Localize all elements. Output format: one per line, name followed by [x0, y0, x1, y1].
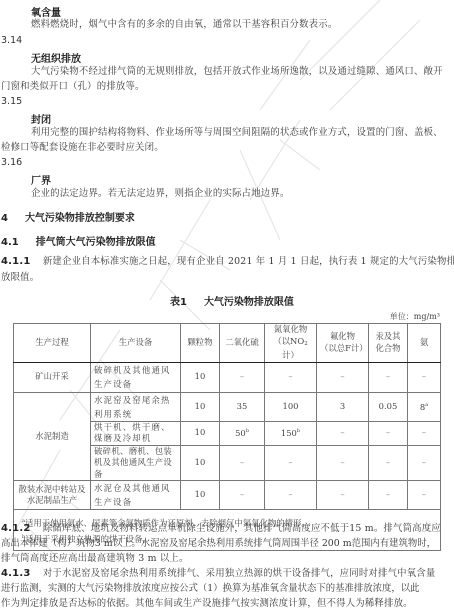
cell-equipment: 破碎机、磨机、包装机及其他通风生产设备: [91, 445, 181, 481]
cell-mercury: –: [369, 481, 408, 510]
cell-so2: –: [220, 362, 265, 392]
header-mercury-line2: 化合物: [372, 343, 404, 355]
cell-fluoride: 3: [317, 392, 369, 421]
clause-text: 除储库底、地坑及物料转运点单机除尘设施外，其他排气筒高度应不低于15 m。排气筒…: [43, 523, 441, 534]
clause-4-1-1-line1: 4.1.1 新建企业自本标准实施之日起，现有企业自 2021 年 1 月 1 日…: [1, 254, 454, 269]
cell-nox: –: [265, 362, 317, 392]
table-row: 矿山开采 破碎机及其他通风生产设备 10 – – – – –: [14, 362, 441, 392]
clause-4-1-1-line2: 放限值。: [1, 270, 39, 285]
cell-particulate: 10: [181, 445, 220, 481]
cell-mercury: –: [369, 445, 408, 481]
cell-ammonia: –: [408, 362, 441, 392]
emission-limits-table: 生产过程 生产设备 颗粒物 二氧化硫 氮氧化物 （以NO2计） 氟化物 （以总F…: [13, 323, 441, 551]
cell-nox: –: [265, 481, 317, 510]
header-equipment: 生产设备: [91, 324, 181, 363]
section-number-3-14: 3.14: [1, 35, 22, 46]
table-header-row: 生产过程 生产设备 颗粒物 二氧化硫 氮氧化物 （以NO2计） 氟化物 （以总F…: [14, 324, 441, 363]
clause-4-1-3-line1: 4.1.3 对于水泥窑及窑尾余热利用系统排气、采用独立热源的烘干设备排气，应同时…: [1, 566, 435, 581]
section-title: 排气筒大气污染物排放限值: [36, 237, 156, 248]
header-fluoride: 氟化物 （以总F计）: [317, 324, 369, 363]
cell-ammonia: –: [408, 445, 441, 481]
cell-fluoride: –: [317, 362, 369, 392]
nox-value: 150: [281, 428, 297, 438]
definition-fugitive-emission-line2: 门窗和类似开口（孔）的排放等。: [1, 79, 145, 94]
nox-pre: （以NO: [273, 336, 304, 346]
clause-4-1-2-line2: 高出本体建（构）筑物3 m以上。水泥窑及窑尾余热利用系统排气筒周围半径 200 …: [1, 536, 436, 551]
chapter-number: 4: [1, 213, 8, 224]
cell-so2: –: [220, 481, 265, 510]
cell-ammonia: 8a: [408, 392, 441, 421]
header-so2: 二氧化硫: [220, 324, 265, 363]
nox-sub: 2: [304, 341, 308, 347]
cell-mercury: –: [369, 421, 408, 445]
section-heading-4-1: 4.1 排气筒大气污染物排放限值: [1, 233, 156, 248]
header-fluoride-line2: （以总F计）: [320, 343, 365, 355]
clause-4-1-2-line1: 4.1.2 除储库底、地坑及物料转运点单机除尘设施外，其他排气筒高度应不低于15…: [1, 521, 441, 536]
cell-process: 散装水泥中转站及水泥制品生产: [14, 481, 91, 510]
nox-post: 计）: [282, 350, 299, 360]
header-fluoride-line1: 氟化物: [320, 331, 365, 343]
table-unit: 单位：mg/m³: [390, 311, 440, 322]
cell-so2: 35: [220, 392, 265, 421]
section-number-3-16: 3.16: [1, 157, 22, 168]
header-particulate: 颗粒物: [181, 324, 220, 363]
cell-so2: –: [220, 445, 265, 481]
footnote-mark: b: [246, 428, 249, 434]
footnote-mark: b: [297, 428, 300, 434]
cell-process: 水泥制造: [14, 392, 91, 481]
definition-fugitive-emission-line1: 大气污染物不经过排气筒的无规则排放，包括开放式作业场所逸散，以及通过缝隙、通风口…: [31, 64, 443, 79]
cell-mercury: –: [369, 362, 408, 392]
clause-text: 对于水泥窑及窑尾余热利用系统排气、采用独立热源的烘干设备排气，应同时对排气中氧含…: [43, 568, 436, 579]
clause-number: 4.1.3: [1, 568, 30, 579]
cell-ammonia: –: [408, 421, 441, 445]
table-caption-title: 大气污染物排放限值: [204, 297, 294, 308]
header-ammonia: 氨: [408, 324, 441, 363]
section-number-3-15: 3.15: [1, 96, 22, 107]
cell-particulate: 10: [181, 392, 220, 421]
header-nox: 氮氧化物 （以NO2计）: [265, 324, 317, 363]
cell-equipment: 烘干机、烘干磨、煤磨及冷却机: [91, 421, 181, 445]
cell-mercury: 0.05: [369, 392, 408, 421]
header-nox-line2: （以NO2计）: [268, 336, 313, 362]
clause-text: 新建企业自本标准实施之日起，现有企业自 2021 年 1 月 1 日起，执行表 …: [43, 256, 454, 267]
term-factory-boundary: 厂界: [31, 172, 51, 187]
clause-number: 4.1.1: [1, 256, 30, 267]
cell-so2: 50b: [220, 421, 265, 445]
cell-particulate: 10: [181, 481, 220, 510]
table-caption: 表1 大气污染物排放限值: [170, 293, 294, 308]
cell-process: 矿山开采: [14, 362, 91, 392]
table-row: 水泥制造 水泥窑及窑尾余热利用系统 10 35 100 3 0.05 8a: [14, 392, 441, 421]
chapter-title: 大气污染物排放控制要求: [25, 213, 135, 224]
term-enclosure: 封闭: [31, 111, 51, 126]
cell-particulate: 10: [181, 421, 220, 445]
header-mercury-line1: 汞及其: [372, 331, 404, 343]
header-process: 生产过程: [14, 324, 91, 363]
cell-ammonia: –: [408, 481, 441, 510]
header-mercury: 汞及其 化合物: [369, 324, 408, 363]
clause-number: 4.1.2: [1, 523, 30, 534]
definition-enclosure-line2: 检修口等配套设施在非必要时应关闭。: [1, 140, 164, 155]
chapter-heading: 4 大气污染物排放控制要求: [1, 209, 135, 224]
term-fugitive-emission: 无组织排放: [31, 50, 81, 65]
clause-4-1-3-line2: 进行监测，实测的大气污染物排放浓度应按公式（1）换算为基准氧含量状态下的基准排放…: [1, 581, 419, 596]
cell-fluoride: –: [317, 445, 369, 481]
cell-nox: 100: [265, 392, 317, 421]
cell-equipment: 水泥窑及窑尾余热利用系统: [91, 392, 181, 421]
cell-nox: 150b: [265, 421, 317, 445]
cell-equipment: 水泥仓及其他通风生产设备: [91, 481, 181, 510]
cell-particulate: 10: [181, 362, 220, 392]
table-row: 散装水泥中转站及水泥制品生产 水泥仓及其他通风生产设备 10 – – – – –: [14, 481, 441, 510]
so2-value: 50: [235, 428, 246, 438]
cell-fluoride: –: [317, 481, 369, 510]
header-nox-line1: 氮氧化物: [268, 324, 313, 336]
definition-oxygen-content: 燃料燃烧时，烟气中含有的多余的自由氧，通常以干基容积百分数表示。: [31, 17, 337, 32]
cell-nox: –: [265, 445, 317, 481]
clause-4-1-2-line3: 排气筒高度还应高出最高建筑物 3 m 以上。: [1, 551, 189, 566]
definition-enclosure-line1: 利用完整的围护结构将物料、作业场所等与周围空间阻隔的状态或作业方式，设置的门窗、…: [31, 125, 443, 140]
definition-factory-boundary: 企业的法定边界。若无法定边界，则指企业的实际占地边界。: [31, 186, 290, 201]
clause-4-1-3-line3: 作为判定排放是否达标的依据。其他车间或生产设施排气按实测浓度计算，但不得人为稀释…: [1, 596, 413, 611]
table-caption-label: 表1: [170, 297, 187, 308]
section-number: 4.1: [1, 237, 19, 248]
cell-fluoride: –: [317, 421, 369, 445]
footnote-mark: a: [425, 402, 428, 408]
cell-equipment: 破碎机及其他通风生产设备: [91, 362, 181, 392]
